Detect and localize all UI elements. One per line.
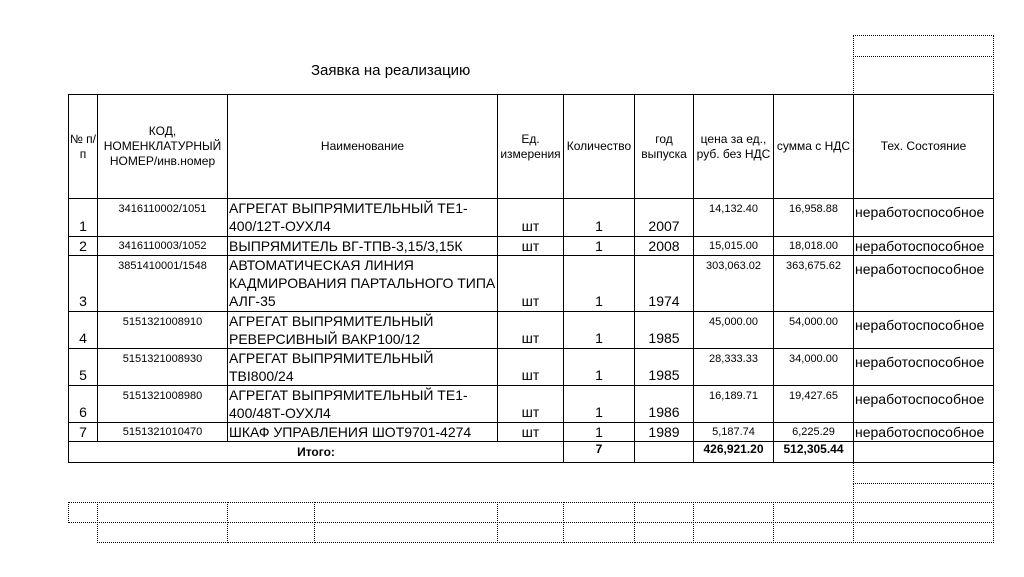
cell-state-text: неработоспособное (855, 423, 984, 441)
cell-year: 1985 (634, 311, 694, 349)
header-unit-text: Ед. измерения (498, 132, 563, 162)
header-state: Тех. Состояние (853, 94, 994, 199)
cell-price: 45,000.00 (693, 311, 774, 349)
cell-code: 5151321008930 (97, 348, 228, 386)
empty-cell[interactable] (853, 35, 994, 57)
total-qty: 7 (563, 441, 635, 463)
cell-code-text: 5151321010470 (123, 426, 203, 438)
total-price-text: 426,921.20 (703, 442, 763, 456)
empty-cell[interactable] (97, 502, 228, 523)
cell-name: АВТОМАТИЧЕСКАЯ ЛИНИЯ КАДМИРОВАНИЯ ПАРТАЛ… (227, 255, 498, 312)
cell-name-text: АГРЕГАТ ВЫПРЯМИТЕЛЬНЫЙ ТЕ1-400/48Т-ОУХЛ4 (229, 386, 497, 422)
cell-year: 1974 (634, 255, 694, 312)
cell-num: 4 (68, 311, 98, 349)
empty-cell[interactable] (853, 56, 994, 95)
cell-state: неработоспособное (853, 422, 994, 442)
empty-cell[interactable] (497, 522, 564, 543)
empty-cell[interactable] (314, 502, 498, 523)
cell-price: 5,187.74 (693, 422, 774, 442)
cell-price-text: 16,189.71 (709, 390, 758, 402)
cell-sum-text: 34,000.00 (789, 353, 838, 365)
total-empty (634, 441, 694, 463)
cell-year-text: 1985 (648, 366, 679, 384)
total-price: 426,921.20 (693, 441, 774, 463)
cell-year: 1985 (634, 348, 694, 386)
cell-sum: 18,018.00 (773, 236, 854, 256)
cell-qty-text: 1 (595, 423, 603, 441)
cell-unit-text: шт (522, 329, 540, 347)
cell-unit-text: шт (522, 403, 540, 421)
cell-num: 3 (68, 255, 98, 312)
cell-year: 1986 (634, 385, 694, 423)
header-price: цена за ед., руб. без НДС (693, 94, 774, 199)
header-year: год выпуска (634, 94, 694, 199)
empty-cell[interactable] (853, 522, 994, 543)
cell-sum-text: 54,000.00 (789, 316, 838, 328)
cell-qty: 1 (563, 311, 635, 349)
cell-code: 5151321010470 (97, 422, 228, 442)
cell-name-text: ШКАФ УПРАВЛЕНИЯ ШОТ9701-4274 (229, 423, 471, 441)
cell-code-text: 5151321008930 (123, 353, 203, 365)
empty-cell[interactable] (853, 462, 994, 484)
cell-code-text: 3416110003/1052 (119, 240, 207, 252)
total-label-text: Итого: (297, 445, 335, 459)
cell-qty-text: 1 (595, 237, 603, 255)
cell-code-text: 3416110002/1051 (119, 203, 207, 215)
cell-year-text: 1974 (648, 292, 679, 310)
cell-year-text: 1985 (648, 329, 679, 347)
cell-sum: 34,000.00 (773, 348, 854, 386)
cell-code: 3416110003/1052 (97, 236, 228, 256)
header-name: Наименование (227, 94, 498, 199)
cell-year-text: 1986 (648, 403, 679, 421)
cell-price-text: 5,187.74 (712, 426, 755, 438)
cell-unit: шт (497, 311, 564, 349)
cell-unit-text: шт (522, 423, 540, 441)
total-state-empty (853, 441, 994, 463)
cell-num: 1 (68, 198, 98, 237)
cell-name-text: АГРЕГАТ ВЫПРЯМИТЕЛЬНЫЙ ТЕ1-400/12Т-ОУХЛ4 (229, 199, 497, 235)
cell-state: неработоспособное (853, 348, 994, 386)
header-num-text: № п/п (69, 132, 97, 162)
cell-unit: шт (497, 422, 564, 442)
cell-year-text: 2008 (648, 237, 679, 255)
cell-name-text: АГРЕГАТ ВЫПРЯМИТЕЛЬНЫЙ РЕВЕРСИВНЫЙ ВАКР1… (229, 312, 497, 348)
total-sum-text: 512,305.44 (783, 442, 843, 456)
cell-state: неработоспособное (853, 311, 994, 349)
empty-cell[interactable] (314, 522, 498, 543)
cell-num-text: 7 (79, 423, 87, 441)
cell-state: неработоспособное (853, 198, 994, 237)
header-qty-text: Количество (567, 139, 631, 154)
total-sum: 512,305.44 (773, 441, 854, 463)
cell-num: 7 (68, 422, 98, 442)
cell-price-text: 14,132.40 (709, 203, 758, 215)
cell-num-text: 4 (79, 329, 87, 347)
header-num: № п/п (68, 94, 98, 199)
cell-unit: шт (497, 198, 564, 237)
cell-unit-text: шт (522, 217, 540, 235)
cell-year-text: 2007 (648, 217, 679, 235)
cell-sum: 19,427.65 (773, 385, 854, 423)
cell-qty-text: 1 (595, 292, 603, 310)
cell-state-text: неработоспособное (855, 237, 984, 255)
cell-code: 3416110002/1051 (97, 198, 228, 237)
empty-cell[interactable] (693, 522, 774, 543)
cell-code: 5151321008910 (97, 311, 228, 349)
cell-price: 15,015.00 (693, 236, 774, 256)
empty-cell[interactable] (563, 502, 635, 523)
cell-price: 16,189.71 (693, 385, 774, 423)
empty-cell[interactable] (853, 483, 994, 503)
cell-state-text: неработоспособное (855, 316, 984, 334)
cell-unit-text: шт (522, 366, 540, 384)
cell-price-text: 45,000.00 (709, 316, 758, 328)
empty-cell[interactable] (693, 502, 774, 523)
cell-price-text: 28,333.33 (709, 353, 758, 365)
header-sum-text: сумма с НДС (777, 139, 850, 154)
empty-cell[interactable] (773, 522, 854, 543)
cell-sum: 363,675.62 (773, 255, 854, 312)
cell-state-text: неработоспособное (855, 203, 984, 221)
header-name-text: Наименование (321, 139, 404, 154)
cell-num: 5 (68, 348, 98, 386)
cell-code-text: 3851410001/1548 (118, 260, 207, 272)
cell-sum-text: 363,675.62 (786, 260, 841, 272)
cell-sum-text: 18,018.00 (789, 240, 838, 252)
cell-qty-text: 1 (595, 403, 603, 421)
cell-state: неработоспособное (853, 236, 994, 256)
cell-state-text: неработоспособное (855, 390, 984, 408)
cell-state: неработоспособное (853, 385, 994, 423)
cell-name: АГРЕГАТ ВЫПРЯМИТЕЛЬНЫЙ ТЕ1-400/48Т-ОУХЛ4 (227, 385, 498, 423)
cell-price: 14,132.40 (693, 198, 774, 237)
cell-qty: 1 (563, 422, 635, 442)
cell-name: АГРЕГАТ ВЫПРЯМИТЕЛЬНЫЙ РЕВЕРСИВНЫЙ ВАКР1… (227, 311, 498, 349)
empty-cell[interactable] (563, 522, 635, 543)
cell-state-text: неработоспособное (855, 260, 984, 278)
cell-qty-text: 1 (595, 366, 603, 384)
header-price-text: цена за ед., руб. без НДС (694, 132, 773, 162)
header-qty: Количество (563, 94, 635, 199)
cell-sum-text: 19,427.65 (789, 390, 838, 402)
cell-unit: шт (497, 348, 564, 386)
cell-name-text: АВТОМАТИЧЕСКАЯ ЛИНИЯ КАДМИРОВАНИЯ ПАРТАЛ… (229, 256, 497, 310)
cell-name: ШКАФ УПРАВЛЕНИЯ ШОТ9701-4274 (227, 422, 498, 442)
total-qty-text: 7 (596, 442, 603, 456)
cell-price: 303,063.02 (693, 255, 774, 312)
cell-sum: 16,958.88 (773, 198, 854, 237)
header-unit: Ед. измерения (497, 94, 564, 199)
cell-state-text: неработоспособное (855, 353, 984, 371)
cell-unit: шт (497, 255, 564, 312)
empty-cell[interactable] (227, 522, 315, 543)
cell-sum-text: 6,225.29 (792, 426, 835, 438)
cell-name: АГРЕГАТ ВЫПРЯМИТЕЛЬНЫЙ ТВІ800/24 (227, 348, 498, 386)
header-state-text: Тех. Состояние (881, 139, 967, 154)
cell-num: 2 (68, 236, 98, 256)
cell-sum-text: 16,958.88 (789, 203, 838, 215)
cell-qty: 1 (563, 236, 635, 256)
cell-qty: 1 (563, 348, 635, 386)
cell-code: 5151321008980 (97, 385, 228, 423)
cell-name: ВЫПРЯМИТЕЛЬ ВГ-ТПВ-3,15/3,15К (227, 236, 498, 256)
cell-price-text: 303,063.02 (706, 260, 761, 272)
cell-name-text: ВЫПРЯМИТЕЛЬ ВГ-ТПВ-3,15/3,15К (229, 237, 463, 255)
cell-unit: шт (497, 385, 564, 423)
cell-sum: 54,000.00 (773, 311, 854, 349)
empty-cell[interactable] (634, 522, 694, 543)
cell-year-text: 1989 (648, 423, 679, 441)
empty-cell[interactable] (497, 502, 564, 523)
cell-qty-text: 1 (595, 329, 603, 347)
total-label: Итого: (68, 441, 564, 463)
empty-cell[interactable] (227, 502, 315, 523)
empty-cell[interactable] (773, 502, 854, 523)
cell-qty: 1 (563, 255, 635, 312)
cell-price: 28,333.33 (693, 348, 774, 386)
cell-num-text: 3 (79, 292, 87, 310)
cell-name-text: АГРЕГАТ ВЫПРЯМИТЕЛЬНЫЙ ТВІ800/24 (229, 349, 497, 385)
header-year-text: год выпуска (635, 132, 693, 162)
cell-unit-text: шт (522, 237, 540, 255)
cell-unit: шт (497, 236, 564, 256)
cell-sum: 6,225.29 (773, 422, 854, 442)
cell-num-text: 5 (79, 366, 87, 384)
cell-num-text: 6 (79, 403, 87, 421)
cell-num: 6 (68, 385, 98, 423)
cell-year: 1989 (634, 422, 694, 442)
empty-cell[interactable] (634, 502, 694, 523)
cell-state: неработоспособное (853, 255, 994, 312)
cell-name: АГРЕГАТ ВЫПРЯМИТЕЛЬНЫЙ ТЕ1-400/12Т-ОУХЛ4 (227, 198, 498, 237)
cell-num-text: 2 (79, 237, 87, 255)
header-code-text: КОД, НОМЕНКЛАТУРНЫЙ НОМЕР/инв.номер (98, 124, 227, 169)
cell-qty-text: 1 (595, 217, 603, 235)
cell-unit-text: шт (522, 292, 540, 310)
cell-qty: 1 (563, 385, 635, 423)
cell-code: 3851410001/1548 (97, 255, 228, 312)
cell-num-text: 1 (79, 217, 87, 235)
cell-code-text: 5151321008910 (123, 316, 203, 328)
cell-year: 2008 (634, 236, 694, 256)
empty-cell[interactable] (68, 502, 98, 523)
empty-cell[interactable] (97, 522, 228, 543)
cell-code-text: 5151321008980 (123, 390, 203, 402)
header-code: КОД, НОМЕНКЛАТУРНЫЙ НОМЕР/инв.номер (97, 94, 228, 199)
header-sum: сумма с НДС (773, 94, 854, 199)
cell-year: 2007 (634, 198, 694, 237)
cell-qty: 1 (563, 198, 635, 237)
empty-cell[interactable] (853, 502, 994, 523)
cell-price-text: 15,015.00 (709, 240, 758, 252)
